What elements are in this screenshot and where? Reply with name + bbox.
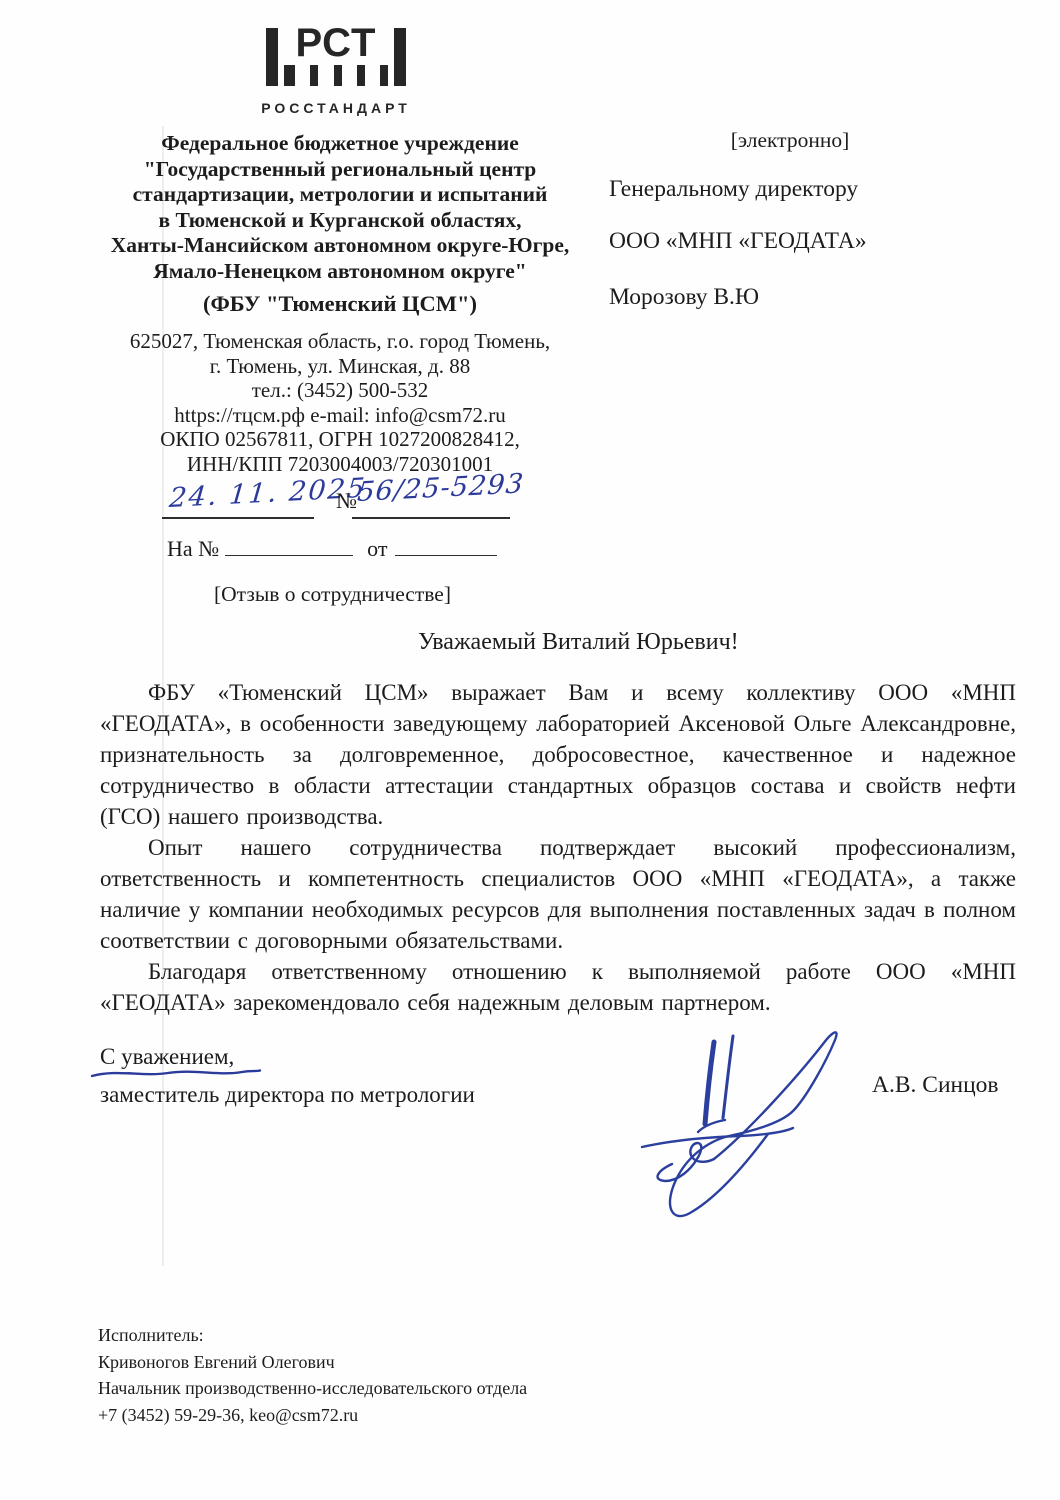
- org-line: Ямало-Ненецком автономном округе": [93, 259, 587, 285]
- logo-bar: [380, 65, 388, 86]
- executor-position: Начальник производственно-исследовательс…: [98, 1375, 527, 1402]
- org-line: Федеральное бюджетное учреждение: [93, 131, 587, 157]
- logo-bar: [357, 65, 365, 86]
- logo-bar: [334, 65, 342, 86]
- logo-right-bar: [394, 28, 406, 86]
- logo-bar: [284, 65, 295, 86]
- delivery-note: [электронно]: [700, 128, 880, 153]
- letterhead-org-name: Федеральное бюджетное учреждение "Госуда…: [93, 131, 587, 284]
- org-line: стандартизации, метрологии и испытаний: [93, 182, 587, 208]
- body-paragraph: ФБУ «Тюменский ЦСМ» выражает Вам и всему…: [100, 677, 1016, 832]
- signer-position: заместитель директора по метрологии: [100, 1082, 475, 1108]
- logo-acronym: РСТ: [284, 28, 388, 58]
- org-line: в Тюменской и Курганской областях,: [93, 208, 587, 234]
- reply-date-blank: [395, 535, 497, 556]
- letter-body: ФБУ «Тюменский ЦСМ» выражает Вам и всему…: [100, 677, 1016, 1018]
- executor-label: Исполнитель:: [98, 1322, 527, 1349]
- letterhead-short-name: (ФБУ "Тюменский ЦСМ"): [93, 291, 587, 317]
- body-paragraph: Благодаря ответственному отношению к вып…: [100, 956, 1016, 1018]
- logo-center: РСТ: [282, 28, 390, 86]
- logo-left-bar: [266, 28, 278, 86]
- recipient-title: Генеральному директору: [609, 176, 858, 203]
- number-underline: [352, 517, 510, 519]
- pen-underline: [90, 1066, 262, 1080]
- address-line: 625027, Тюменская область, г.о. город Тю…: [93, 329, 587, 354]
- address-line: г. Тюмень, ул. Минская, д. 88: [93, 354, 587, 379]
- body-paragraph: Опыт нашего сотрудничества подтверждает …: [100, 832, 1016, 956]
- signature-ink: [630, 1014, 870, 1244]
- okpo-ogrn-line: ОКПО 02567811, ОГРН 1027200828412,: [93, 427, 587, 452]
- reply-number-blank: [225, 535, 353, 556]
- reply-reference-row: На №от: [167, 535, 497, 562]
- phone-line: тел.: (3452) 500-532: [93, 378, 587, 403]
- scanned-letter-page: РСТ РОССТАНДАРТ Федеральное бюджетное уч…: [0, 0, 1060, 1500]
- org-line: "Государственный региональный центр: [93, 157, 587, 183]
- salutation: Уважаемый Виталий Юрьевич!: [418, 629, 739, 656]
- logo-caption: РОССТАНДАРТ: [236, 100, 436, 116]
- web-email-line: https://тцсм.рф e-mail: info@csm72.ru: [93, 403, 587, 428]
- executor-block: Исполнитель: Кривоногов Евгений Олегович…: [98, 1322, 527, 1428]
- rosstandart-logo: РСТ: [266, 28, 406, 86]
- executor-contacts: +7 (3452) 59-29-36, keo@csm72.ru: [98, 1402, 527, 1429]
- logo-barcode: [284, 65, 388, 86]
- org-line: Ханты-Мансийском автономном округе-Югре,: [93, 233, 587, 259]
- reply-prefix: На №: [167, 536, 219, 561]
- executor-name: Кривоногов Евгений Олегович: [98, 1349, 527, 1376]
- signer-name: А.В. Синцов: [872, 1072, 999, 1099]
- recipient-company: ООО «МНП «ГЕОДАТА»: [609, 228, 867, 255]
- number-sign: №: [336, 488, 357, 514]
- letterhead-requisites: 625027, Тюменская область, г.о. город Тю…: [93, 329, 587, 476]
- date-underline: [162, 517, 314, 519]
- reply-from-label: от: [367, 536, 387, 561]
- recipient-person: Морозову В.Ю: [609, 284, 759, 311]
- subject-line: [Отзыв о сотрудничестве]: [214, 582, 451, 607]
- logo-bar: [310, 65, 318, 86]
